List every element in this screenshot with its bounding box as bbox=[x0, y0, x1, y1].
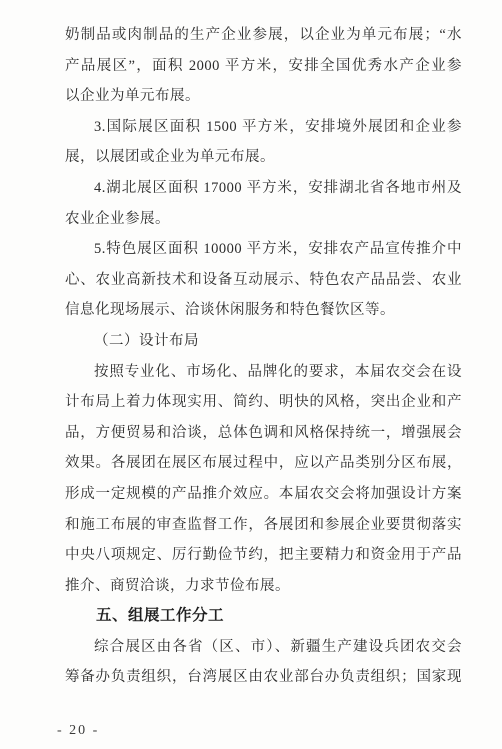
text-line: 农业企业参展。 bbox=[65, 204, 462, 235]
text-line: 5.特色展区面积 10000 平方米，安排农产品宣传推介中 bbox=[65, 234, 462, 265]
text-line: 以企业为单元布展。 bbox=[65, 81, 462, 112]
text-line: 品，方便贸易和洽谈，总体色调和风格保持统一，增强展会 bbox=[65, 418, 462, 449]
subsection-heading: （二）设计布局 bbox=[65, 326, 462, 357]
text-line: 形成一定规模的产品推介效应。本届农交会将加强设计方案 bbox=[65, 479, 462, 510]
text-line: 展，以展团或企业为单元布展。 bbox=[65, 142, 462, 173]
text-line: 中央八项规定、厉行勤俭节约，把主要精力和资金用于产品 bbox=[65, 540, 462, 571]
text-line: 信息化现场展示、洽谈休闲服务和特色餐饮区等。 bbox=[65, 295, 462, 326]
text-line: 产品展区”，面积 2000 平方米，安排全国优秀水产企业参展， bbox=[65, 51, 462, 82]
text-line: 计布局上着力体现实用、简约、明快的风格，突出企业和产 bbox=[65, 387, 462, 418]
text-line: 奶制品或肉制品的生产企业参展，以企业为单元布展；“水 bbox=[65, 20, 462, 51]
text-line: 推介、商贸洽谈，力求节俭布展。 bbox=[65, 571, 462, 602]
text-line: 和施工布展的审查监督工作，各展团和参展企业要贯彻落实 bbox=[65, 510, 462, 541]
text-line: 3.国际展区面积 1500 平方米，安排境外展团和企业参 bbox=[65, 112, 462, 143]
page-number: - 20 - bbox=[57, 723, 99, 739]
section-heading: 五、组展工作分工 bbox=[65, 601, 462, 632]
text-line: 按照专业化、市场化、品牌化的要求，本届农交会在设 bbox=[65, 357, 462, 388]
text-line: 筹备办负责组织，台湾展区由农业部台办负责组织；国家现 bbox=[65, 662, 462, 693]
text-line: 效果。各展团在展区布展过程中，应以产品类别分区布展， bbox=[65, 448, 462, 479]
document-body: 奶制品或肉制品的生产企业参展，以企业为单元布展；“水产品展区”，面积 2000 … bbox=[65, 20, 462, 693]
document-page: 奶制品或肉制品的生产企业参展，以企业为单元布展；“水产品展区”，面积 2000 … bbox=[0, 0, 502, 749]
text-line: 心、农业高新技术和设备互动展示、特色农产品品尝、农业 bbox=[65, 265, 462, 296]
text-line: 综合展区由各省（区、市）、新疆生产建设兵团农交会 bbox=[65, 632, 462, 663]
text-line: 4.湖北展区面积 17000 平方米，安排湖北省各地市州及 bbox=[65, 173, 462, 204]
